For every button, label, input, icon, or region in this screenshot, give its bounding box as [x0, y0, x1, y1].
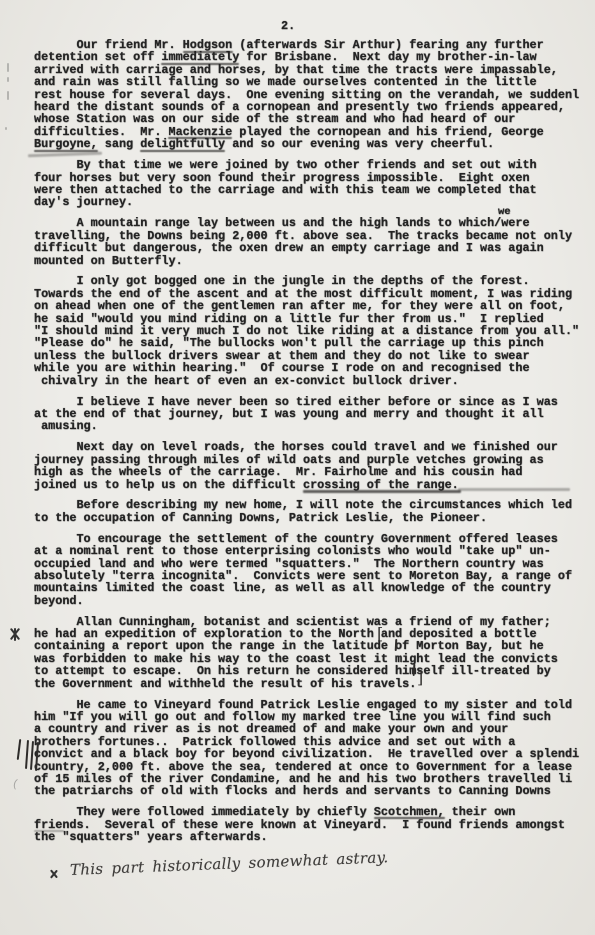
hand-bracket-open: [ [377, 624, 383, 643]
underline-mackenzie [168, 137, 232, 139]
paragraph: Allan Cunningham, botanist and scientist… [34, 616, 595, 690]
paragraph: Before describing my new home, I will no… [34, 499, 595, 524]
paragraph: Our friend Mr. Hodgson (afterwards Sir A… [34, 39, 595, 151]
paragraph: Next day on level roads, the horses coul… [34, 441, 595, 491]
underline-hodgson [183, 51, 233, 53]
text-column: Our friend Mr. Hodgson (afterwards Sir A… [0, 39, 595, 852]
interlinear-insertion-we: we [498, 207, 511, 217]
underline-scotchmen [374, 817, 445, 819]
paragraph: I believe I have never been so tired eit… [34, 396, 595, 433]
scanned-typewritten-page: 2. Our friend Mr. Hodgson (afterwards Si… [0, 0, 595, 935]
underline-immediately [161, 63, 239, 65]
handwritten-footnote: This part historically somewhat astray. [70, 848, 389, 879]
paragraph: By that time we were joined by two other… [34, 159, 595, 209]
page-number: 2. [281, 20, 295, 32]
paragraph: To encourage the settlement of the count… [34, 533, 595, 607]
paragraph: A mountain range lay between us and the … [34, 217, 595, 267]
footnote-x-mark [49, 869, 58, 879]
underline-delightfully [140, 150, 225, 152]
mark-over-the [34, 830, 64, 832]
paragraph: I only got bogged one in the jungle in t… [34, 275, 595, 387]
smudge-tail-range [458, 488, 570, 491]
margin-asterisk-mark [8, 627, 21, 641]
underline-crossing-of-the-range [303, 490, 461, 493]
paragraph: They were followed immediately by chiefl… [34, 806, 595, 843]
paragraph: He came to Vineyard found Patrick Leslie… [34, 699, 595, 798]
hand-bracket-close: ] [417, 668, 423, 687]
